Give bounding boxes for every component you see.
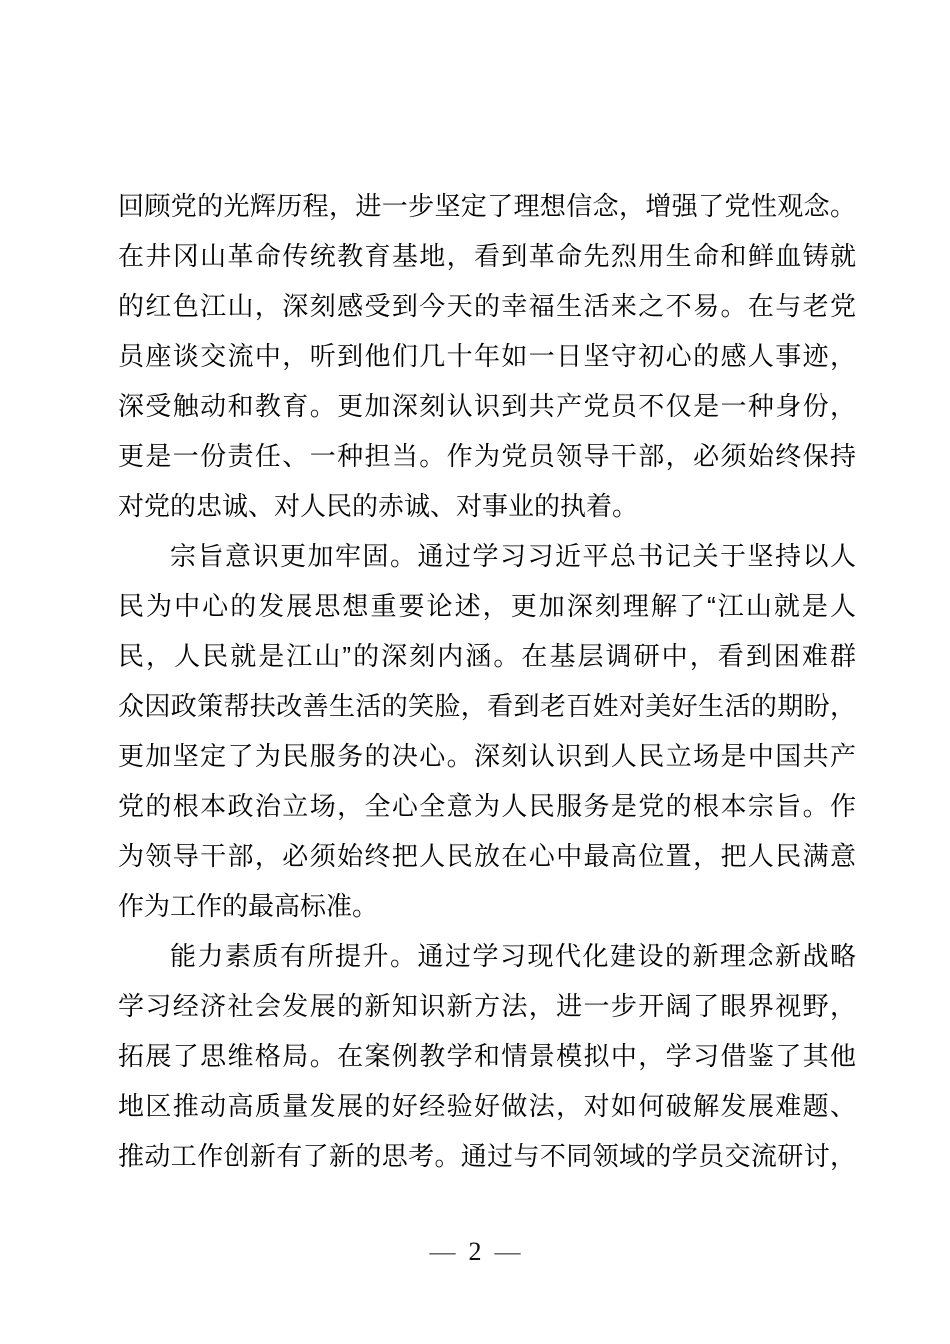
paragraph-2: 宗旨意识更加牢固。通过学习习近平总书记关于坚持以人 民为中心的发展思想重要论述，… xyxy=(118,531,856,931)
page-footer: —2— xyxy=(0,1232,950,1272)
text-line: 学习经济社会发展的新知识新方法，进一步开阔了眼界视野， xyxy=(118,981,856,1031)
text-line: 员座谈交流中，听到他们几十年如一日坚守初心的感人事迹， xyxy=(118,331,856,381)
text-line: 众因政策帮扶改善生活的笑脸，看到老百姓对美好生活的期盼， xyxy=(118,681,856,731)
text-line: 宗旨意识更加牢固。通过学习习近平总书记关于坚持以人 xyxy=(118,531,856,581)
paragraph-1: 回顾党的光辉历程，进一步坚定了理想信念，增强了党性观念。 在井冈山革命传统教育基… xyxy=(118,181,856,531)
footer-dash-left: — xyxy=(430,1237,456,1266)
text-line: 更加坚定了为民服务的决心。深刻认识到人民立场是中国共产 xyxy=(118,731,856,781)
document-page: 回顾党的光辉历程，进一步坚定了理想信念，增强了党性观念。 在井冈山革命传统教育基… xyxy=(0,0,950,1344)
text-line: 拓展了思维格局。在案例教学和情景模拟中，学习借鉴了其他 xyxy=(118,1031,856,1081)
text-line: 的红色江山，深刻感受到今天的幸福生活来之不易。在与老党 xyxy=(118,281,856,331)
page-number: 2 xyxy=(469,1237,482,1266)
text-line: 对党的忠诚、对人民的赤诚、对事业的执着。 xyxy=(118,481,856,531)
text-line: 地区推动高质量发展的好经验好做法，对如何破解发展难题、 xyxy=(118,1081,856,1131)
text-line: 更是一份责任、一种担当。作为党员领导干部，必须始终保持 xyxy=(118,431,856,481)
footer-dash-right: — xyxy=(495,1237,521,1266)
text-line: 党的根本政治立场，全心全意为人民服务是党的根本宗旨。作 xyxy=(118,781,856,831)
paragraph-3: 能力素质有所提升。通过学习现代化建设的新理念新战略 学习经济社会发展的新知识新方… xyxy=(118,931,856,1181)
text-line: 作为工作的最高标准。 xyxy=(118,881,856,931)
text-line: 在井冈山革命传统教育基地，看到革命先烈用生命和鲜血铸就 xyxy=(118,231,856,281)
text-line: 民为中心的发展思想重要论述，更加深刻理解了“江山就是人 xyxy=(118,581,856,631)
text-line: 为领导干部，必须始终把人民放在心中最高位置，把人民满意 xyxy=(118,831,856,881)
text-line: 回顾党的光辉历程，进一步坚定了理想信念，增强了党性观念。 xyxy=(118,181,856,231)
document-body: 回顾党的光辉历程，进一步坚定了理想信念，增强了党性观念。 在井冈山革命传统教育基… xyxy=(118,181,856,1181)
text-line: 推动工作创新有了新的思考。通过与不同领域的学员交流研讨， xyxy=(118,1131,856,1181)
text-line: 深受触动和教育。更加深刻认识到共产党员不仅是一种身份， xyxy=(118,381,856,431)
text-line: 能力素质有所提升。通过学习现代化建设的新理念新战略 xyxy=(118,931,856,981)
text-line: 民，人民就是江山”的深刻内涵。在基层调研中，看到困难群 xyxy=(118,631,856,681)
